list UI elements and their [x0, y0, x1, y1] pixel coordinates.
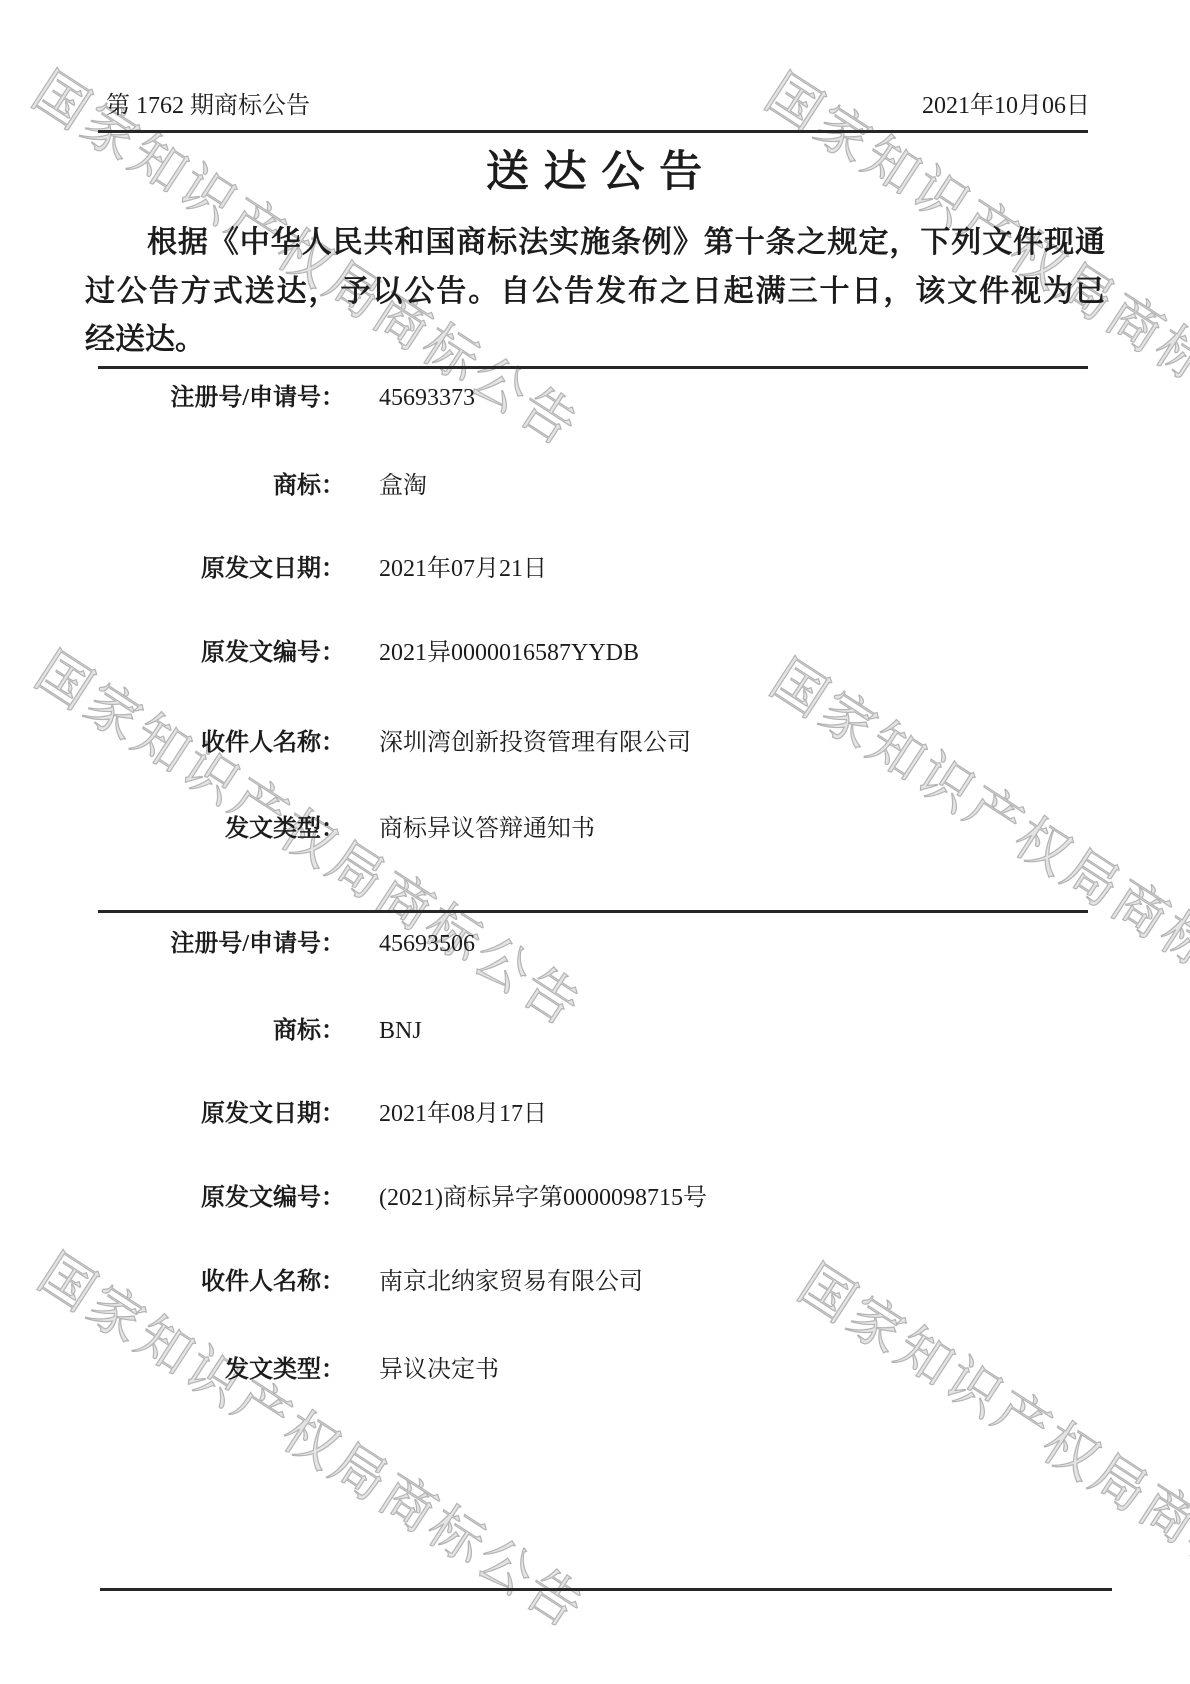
field-value: 45693373 [379, 383, 475, 413]
field-label: 原发文编号： [85, 638, 345, 668]
section-divider [98, 366, 1088, 369]
field-value: 2021年07月21日 [379, 554, 547, 584]
field-label: 原发文编号： [85, 1183, 345, 1213]
issue-number: 第 1762 期商标公告 [100, 90, 310, 122]
page-header: 第 1762 期商标公告 2021年10月06日 [100, 90, 1090, 122]
field-label: 商标： [85, 1016, 345, 1046]
announcement-page: 国家知识产权局商标公告 国家知识产权局商标公告 国家知识产权局商标公告 国家知识… [0, 0, 1190, 1684]
field-label: 收件人名称： [85, 728, 345, 758]
header-divider [98, 130, 1088, 133]
field-row-trademark: 商标： BNJ [85, 1016, 1105, 1046]
field-row-original-issue-date: 原发文日期： 2021年08月17日 [85, 1099, 1105, 1129]
field-value: 盒淘 [379, 471, 427, 501]
field-value: 2021异0000016587YYDB [379, 638, 639, 668]
field-value: 南京北纳家贸易有限公司 [379, 1267, 643, 1297]
notice-line: 根据《中华人民共和国商标法实施条例》第十条之规定，下列文件现通 [85, 219, 1105, 268]
field-row-recipient-name: 收件人名称： 南京北纳家贸易有限公司 [85, 1267, 1105, 1297]
field-label: 发文类型： [85, 814, 345, 844]
publication-date: 2021年10月06日 [922, 90, 1090, 122]
field-value: 商标异议答辩通知书 [379, 814, 595, 844]
notice-line: 经送达。 [85, 316, 1105, 365]
field-label: 收件人名称： [85, 1267, 345, 1297]
footer-divider [100, 1588, 1112, 1591]
field-row-registration-number: 注册号/申请号： 45693373 [85, 383, 1105, 413]
field-label: 原发文日期： [85, 1099, 345, 1129]
document-content: 第 1762 期商标公告 2021年10月06日 送 达 公 告 根据《中华人民… [0, 0, 1190, 1684]
field-row-trademark: 商标： 盒淘 [85, 471, 1105, 501]
field-row-original-document-number: 原发文编号： (2021)商标异字第0000098715号 [85, 1183, 1105, 1213]
field-label: 注册号/申请号： [85, 383, 345, 413]
field-value: 异议决定书 [379, 1355, 499, 1385]
field-label: 原发文日期： [85, 554, 345, 584]
field-value: BNJ [379, 1016, 422, 1046]
field-label: 注册号/申请号： [85, 929, 345, 959]
field-row-registration-number: 注册号/申请号： 45693506 [85, 929, 1105, 959]
notice-line: 过公告方式送达，予以公告。自公告发布之日起满三十日，该文件视为已 [85, 268, 1105, 317]
field-row-document-type: 发文类型： 商标异议答辩通知书 [85, 814, 1105, 844]
field-row-original-document-number: 原发文编号： 2021异0000016587YYDB [85, 638, 1105, 668]
field-value: 45693506 [379, 929, 475, 959]
field-label: 商标： [85, 471, 345, 501]
field-row-recipient-name: 收件人名称： 深圳湾创新投资管理有限公司 [85, 728, 1105, 758]
field-value: (2021)商标异字第0000098715号 [379, 1183, 707, 1213]
field-value: 深圳湾创新投资管理有限公司 [379, 728, 691, 758]
field-value: 2021年08月17日 [379, 1099, 547, 1129]
notice-paragraph: 根据《中华人民共和国商标法实施条例》第十条之规定，下列文件现通 过公告方式送达，… [85, 219, 1105, 365]
page-title: 送 达 公 告 [0, 149, 1190, 196]
field-row-document-type: 发文类型： 异议决定书 [85, 1355, 1105, 1385]
field-row-original-issue-date: 原发文日期： 2021年07月21日 [85, 554, 1105, 584]
field-label: 发文类型： [85, 1355, 345, 1385]
section-divider [98, 910, 1088, 913]
